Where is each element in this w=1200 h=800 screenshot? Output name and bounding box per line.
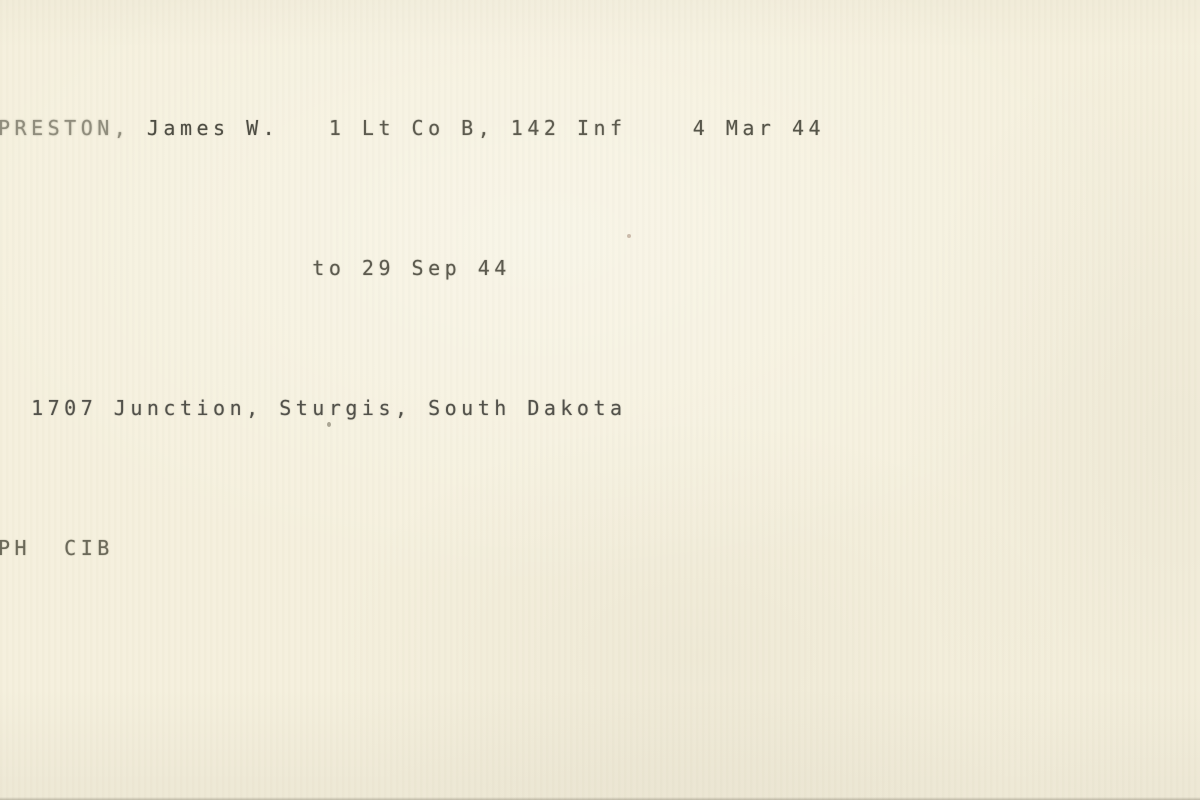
service-end-date-text: to 29 Sep 44 [0,256,511,280]
surname-text: PRESTON, [0,116,147,140]
line-name-rank-unit-date: PRESTON, James W. 1 Lt Co B, 142 Inf 4 M… [0,111,825,146]
line-awards: PH CIB [0,531,825,566]
address-text: 1707 Junction, Sturgis, South Dakota [0,396,627,420]
rank-unit-text: 1 Lt Co B, 142 Inf [279,116,626,140]
line-address: 1707 Junction, Sturgis, South Dakota [0,391,825,426]
typed-text-block: PRESTON, James W. 1 Lt Co B, 142 Inf 4 M… [0,6,825,671]
index-card: PRESTON, James W. 1 Lt Co B, 142 Inf 4 M… [0,0,1200,800]
service-start-date-text: 4 Mar 44 [627,116,826,140]
awards-text: PH CIB [0,536,114,560]
line-service-end-date: to 29 Sep 44 [0,251,825,286]
given-name-text: James W. [147,116,279,140]
